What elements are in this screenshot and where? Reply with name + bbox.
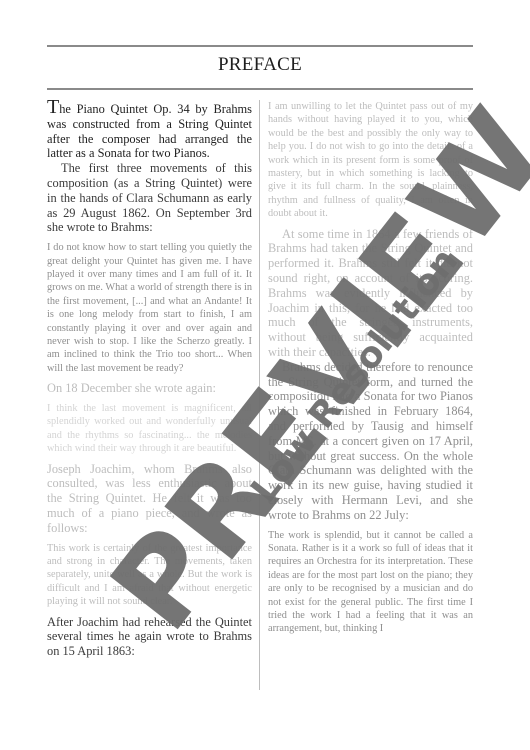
right-column: I am unwilling to let the Quintet pass o… (268, 100, 473, 642)
quote-joachim-2: I am unwilling to let the Quintet pass o… (268, 100, 473, 221)
left-column: The Piano Quintet Op. 34 by Brahms was c… (47, 100, 252, 659)
paragraph-7: Brahms decided therefore to renounce the… (268, 360, 473, 523)
paragraph-5: After Joachim had rehearsed the Quintet … (47, 615, 252, 659)
column-divider (259, 100, 260, 690)
quote-clara-3: The work is splendid, but it cannot be c… (268, 529, 473, 636)
paragraph-6: At some time in 1864 a few friends of Br… (268, 227, 473, 360)
intro-paragraph: The Piano Quintet Op. 34 by Brahms was c… (47, 100, 252, 161)
quote-clara-2: I think the last movement is magnificent… (47, 402, 252, 456)
paragraph-2: The first three movements of this compos… (47, 161, 252, 235)
document-page: PREFACE The Piano Quintet Op. 34 by Brah… (0, 0, 530, 750)
drop-cap: T (47, 96, 59, 118)
top-rule (47, 45, 473, 47)
quote-joachim-1: This work is certainly of the greatest i… (47, 542, 252, 609)
title-underline-rule (47, 88, 473, 90)
paragraph-4: Joseph Joachim, whom Brahms also consult… (47, 462, 252, 536)
paragraph-3: On 18 December she wrote again: (47, 381, 252, 396)
quote-clara-1: I do not know how to start telling you q… (47, 241, 252, 375)
page-title: PREFACE (47, 54, 473, 76)
